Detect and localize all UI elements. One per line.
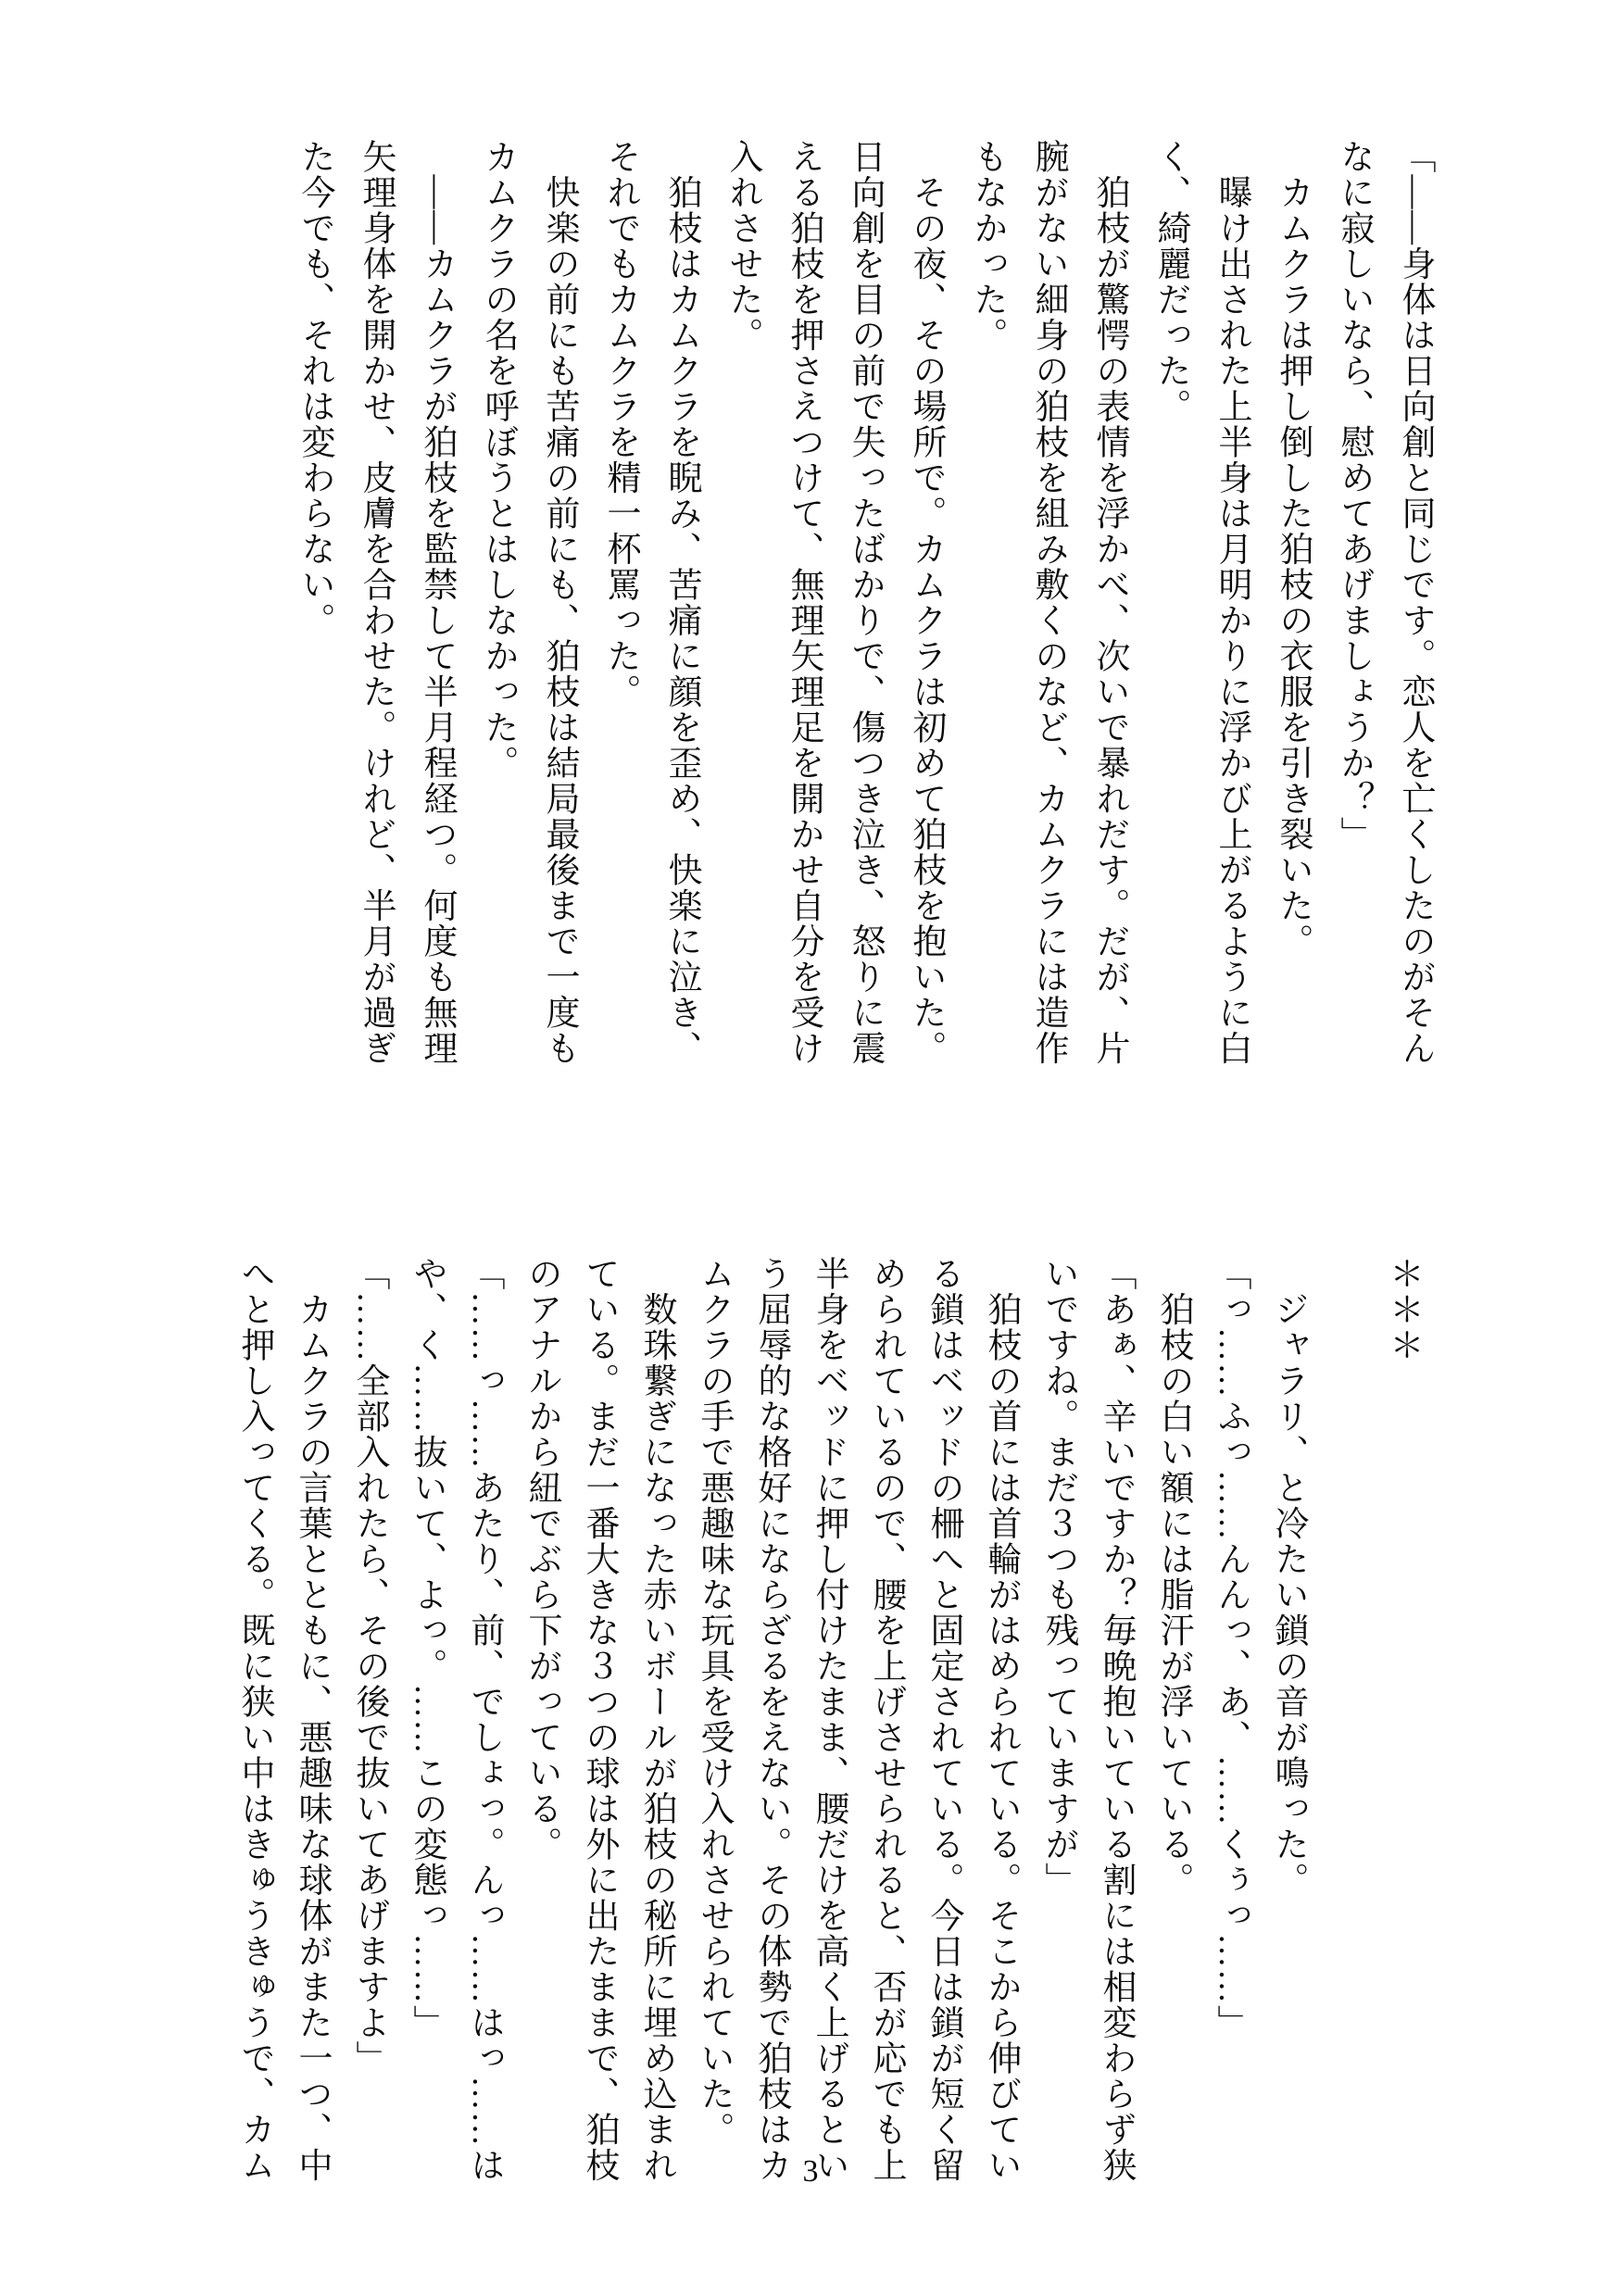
text-line: 日向創を目の前で失ったばかりで、傷つき泣き、怒りに震 bbox=[834, 139, 895, 1132]
text-line: ジャラリ、と冷たい鎖の音が鳴った。 bbox=[1259, 1256, 1316, 2252]
text-line: 狛枝の白い額には脂汗が浮いている。 bbox=[1144, 1256, 1201, 2252]
text-line: それでもカムクラを精一杯罵った。 bbox=[589, 139, 650, 1132]
text-line: カムクラは押し倒した狛枝の衣服を引き裂いた。 bbox=[1262, 139, 1323, 1132]
text-line: や、く……抜いて、よっ。……この変態っ……」 bbox=[397, 1256, 455, 2252]
text-line: へと押し入ってくる。既に狭い中はきゅうきゅうで、カム bbox=[225, 1256, 283, 2252]
text-line: う屈辱的な格好にならざるをえない。その体勢で狛枝はカ bbox=[742, 1256, 799, 2252]
text-line: 「……っ……あたり、前、でしょっ。んっ……はっ……は bbox=[455, 1256, 512, 2252]
text-line: 半身をベッドに押し付けたまま、腰だけを高く上げるとい bbox=[799, 1256, 857, 2252]
text-line: 「あぁ、辛いですか？毎晩抱いている割には相変わらず狭 bbox=[1087, 1256, 1144, 2252]
text-line: 曝け出された上半身は月明かりに浮かび上がるように白 bbox=[1200, 139, 1262, 1132]
text-line: いですね。まだ３つも残っていますが」 bbox=[1029, 1256, 1087, 2252]
page-number: 3 bbox=[0, 2154, 1621, 2189]
text-line: 狛枝が驚愕の表情を浮かべ、次いで暴れだす。だが、片 bbox=[1078, 139, 1139, 1132]
text-line: められているので、腰を上げさせられると、否が応でも上 bbox=[857, 1256, 914, 2252]
lower-text-block: ＊＊＊ ジャラリ、と冷たい鎖の音が鳴った。 「っ……ふっ……んんっ、あ、……くぅ… bbox=[225, 1256, 1431, 2252]
upper-text-block: 「――身体は日向創と同じです。恋人を亡くしたのがそん なに寂しいなら、慰めてあげ… bbox=[283, 139, 1445, 1132]
section-separator: ＊＊＊ bbox=[1374, 1256, 1431, 2252]
text-line: なに寂しいなら、慰めてあげましょうか？」 bbox=[1323, 139, 1384, 1132]
text-line: 腕がない細身の狛枝を組み敷くのなど、カムクラには造作 bbox=[1017, 139, 1078, 1132]
text-line: た今でも、それは変わらない。 bbox=[283, 139, 345, 1132]
text-line: 快楽の前にも苦痛の前にも、狛枝は結局最後まで一度も bbox=[528, 139, 589, 1132]
text-line: く、綺麗だった。 bbox=[1139, 139, 1200, 1132]
document-page: 「――身体は日向創と同じです。恋人を亡くしたのがそん なに寂しいなら、慰めてあげ… bbox=[0, 0, 1621, 2296]
text-line: その夜、その場所で。カムクラは初めて狛枝を抱いた。 bbox=[895, 139, 956, 1132]
text-line: 「っ……ふっ……んんっ、あ、……くぅっ……」 bbox=[1201, 1256, 1259, 2252]
text-line: 数珠繋ぎになった赤いボールが狛枝の秘所に埋め込まれ bbox=[627, 1256, 685, 2252]
text-line: 狛枝の首には首輪がはめられている。そこから伸びてい bbox=[972, 1256, 1029, 2252]
text-line: 矢理身体を開かせ、皮膚を合わせた。けれど、半月が過ぎ bbox=[345, 139, 406, 1132]
text-line: 狛枝はカムクラを睨み、苦痛に顔を歪め、快楽に泣き、 bbox=[650, 139, 711, 1132]
blank-line bbox=[1316, 1256, 1374, 2252]
text-line: ――カムクラが狛枝を監禁して半月程経つ。何度も無理 bbox=[406, 139, 467, 1132]
text-line: 「――身体は日向創と同じです。恋人を亡くしたのがそん bbox=[1384, 139, 1445, 1132]
text-line: 「……全部入れたら、その後で抜いてあげますよ」 bbox=[340, 1256, 397, 2252]
text-line: もなかった。 bbox=[956, 139, 1017, 1132]
text-line: える狛枝を押さえつけて、無理矢理足を開かせ自分を受け bbox=[773, 139, 834, 1132]
text-line: る鎖はベッドの柵へと固定されている。今日は鎖が短く留 bbox=[914, 1256, 972, 2252]
text-line: 入れさせた。 bbox=[711, 139, 773, 1132]
text-line: カムクラの名を呼ぼうとはしなかった。 bbox=[467, 139, 528, 1132]
text-line: カムクラの言葉とともに、悪趣味な球体がまた一つ、中 bbox=[283, 1256, 340, 2252]
text-line: ムクラの手で悪趣味な玩具を受け入れさせられていた。 bbox=[685, 1256, 742, 2252]
text-line: ている。まだ一番大きな３つの球は外に出たままで、狛枝 bbox=[570, 1256, 627, 2252]
text-line: のアナルから紐でぶら下がっている。 bbox=[512, 1256, 570, 2252]
